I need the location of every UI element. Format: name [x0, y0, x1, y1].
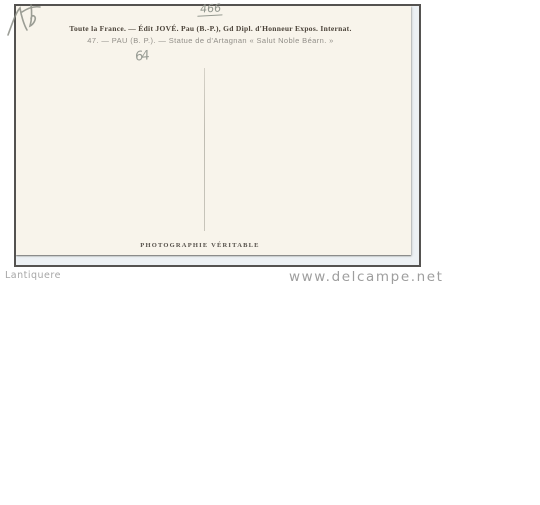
delcampe-watermark: www.delcampe.net	[289, 269, 444, 285]
postcard-print-header: Toute la France. — Édit JOVÉ. Pau (B.-P.…	[16, 24, 405, 45]
publisher-line: Toute la France. — Édit JOVÉ. Pau (B.-P.…	[16, 24, 405, 33]
postcard-scan-page: Toute la France. — Édit JOVÉ. Pau (B.-P.…	[0, 0, 540, 505]
handwritten-lot-number: 466	[197, 1, 223, 16]
photographie-veritable-stamp: PHOTOGRAPHIE VÉRITABLE	[140, 242, 259, 249]
postcard-back: Toute la France. — Édit JOVÉ. Pau (B.-P.…	[16, 6, 411, 255]
scan-frame: Toute la France. — Édit JOVÉ. Pau (B.-P.…	[14, 4, 421, 267]
address-divider-line	[204, 68, 205, 231]
handwritten-corner-mark-icon	[5, 2, 45, 42]
handwritten-department-number: 64	[135, 48, 148, 64]
caption-line: 47. — PAU (B. P.). — Statue de d'Artagna…	[16, 36, 405, 45]
seller-watermark: Lantiquere	[5, 270, 61, 281]
